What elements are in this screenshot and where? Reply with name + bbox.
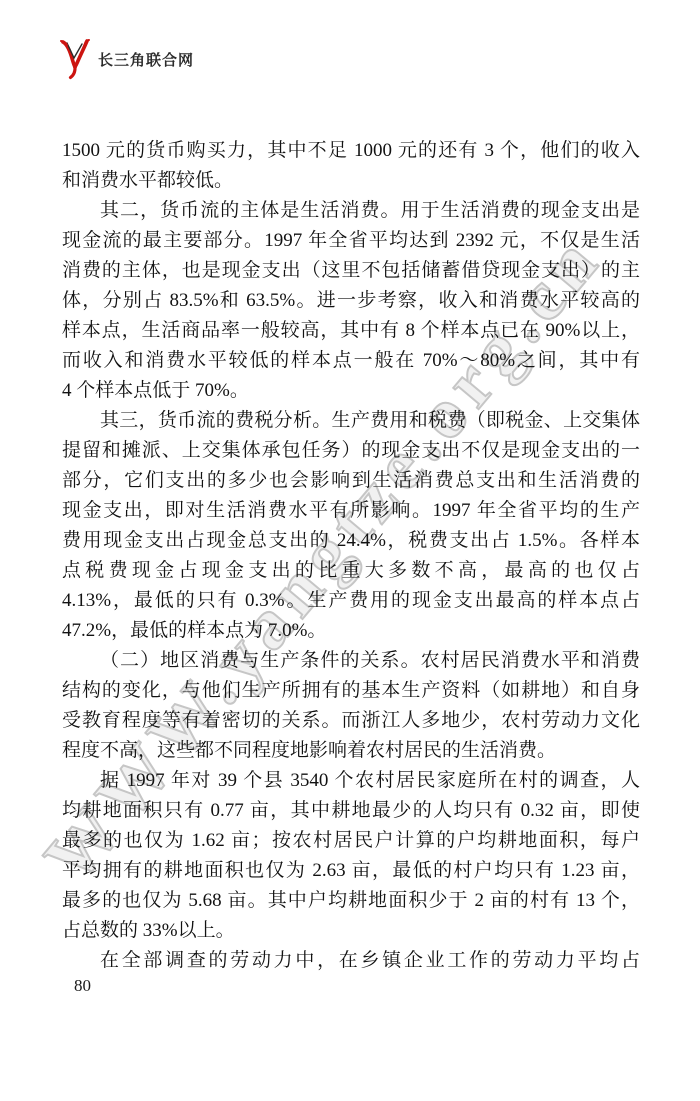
body-text-line: 消费的主体，也是现金支出（这里不包括储蓄借贷现金支出）的主 xyxy=(62,256,640,286)
body-text-line: 平均拥有的耕地面积也仅为 2.63 亩，最低的村户均只有 1.23 亩， xyxy=(62,856,640,886)
body-text-line: 4 个样本点低于 70%。 xyxy=(62,376,640,406)
body-text-line: （二）地区消费与生产条件的关系。农村居民消费水平和消费 xyxy=(62,646,640,676)
body-text-line: 费用现金支出占现金总支出的 24.4%，税费支出占 1.5%。各样本 xyxy=(62,526,640,556)
body-text-line: 体，分别占 83.5%和 63.5%。进一步考察，收入和消费水平较高的 xyxy=(62,286,640,316)
body-text-line: 最多的也仅为 5.68 亩。其中户均耕地面积少于 2 亩的村有 13 个， xyxy=(62,886,640,916)
scanned-document-page: 长三角联合网 WWW.yangtze.org.cn 1500 元的货币购买力，其… xyxy=(0,0,700,1101)
body-text-line: 提留和摊派、上交集体承包任务）的现金支出不仅是现金支出的一 xyxy=(62,436,640,466)
site-name: 长三角联合网 xyxy=(98,49,194,70)
body-text-line: 结构的变化，与他们生产所拥有的基本生产资料（如耕地）和自身 xyxy=(62,676,640,706)
body-text-line: 其二，货币流的主体是生活消费。用于生活消费的现金支出是 xyxy=(62,196,640,226)
body-text-line: 程度不高，这些都不同程度地影响着农村居民的生活消费。 xyxy=(62,736,640,766)
body-text-line: 受教育程度等有着密切的关系。而浙江人多地少，农村劳动力文化 xyxy=(62,706,640,736)
body-text-line: 点税费现金占现金支出的比重大多数不高，最高的也仅占 xyxy=(62,556,640,586)
body-text-line: 据 1997 年对 39 个县 3540 个农村居民家庭所在村的调查，人 xyxy=(62,766,640,796)
body-text-line: 其三，货币流的费税分析。生产费用和税费（即税金、上交集体 xyxy=(62,406,640,436)
body-text-line: 部分，它们支出的多少也会影响到生活消费总支出和生活消费的 xyxy=(62,466,640,496)
body-text-line: 4.13%，最低的只有 0.3%。生产费用的现金支出最高的样本点占 xyxy=(62,586,640,616)
body-text-line: 47.2%，最低的样本点为 7.0%。 xyxy=(62,616,640,646)
page-number: 80 xyxy=(74,976,91,996)
site-logo[interactable]: 长三角联合网 xyxy=(58,38,194,80)
body-text-line: 在全部调查的劳动力中，在乡镇企业工作的劳动力平均占 xyxy=(62,946,640,976)
body-text-line: 而收入和消费水平较低的样本点一般在 70%～80%之间，其中有 xyxy=(62,346,640,376)
site-logo-icon xyxy=(58,38,92,80)
body-text-line: 1500 元的货币购买力，其中不足 1000 元的还有 3 个，他们的收入 xyxy=(62,136,640,166)
document-body: 1500 元的货币购买力，其中不足 1000 元的还有 3 个，他们的收入和消费… xyxy=(62,136,640,976)
body-text-line: 和消费水平都较低。 xyxy=(62,166,640,196)
body-text-line: 均耕地面积只有 0.77 亩，其中耕地最少的人均只有 0.32 亩，即使 xyxy=(62,796,640,826)
body-text-line: 占总数的 33%以上。 xyxy=(62,916,640,946)
body-text-line: 现金流的最主要部分。1997 年全省平均达到 2392 元，不仅是生活 xyxy=(62,226,640,256)
body-text-line: 最多的也仅为 1.62 亩；按农村居民户计算的户均耕地面积，每户 xyxy=(62,826,640,856)
body-text-line: 样本点，生活商品率一般较高，其中有 8 个样本点已在 90%以上， xyxy=(62,316,640,346)
body-text-line: 现金支出，即对生活消费水平有所影响。1997 年全省平均的生产 xyxy=(62,496,640,526)
